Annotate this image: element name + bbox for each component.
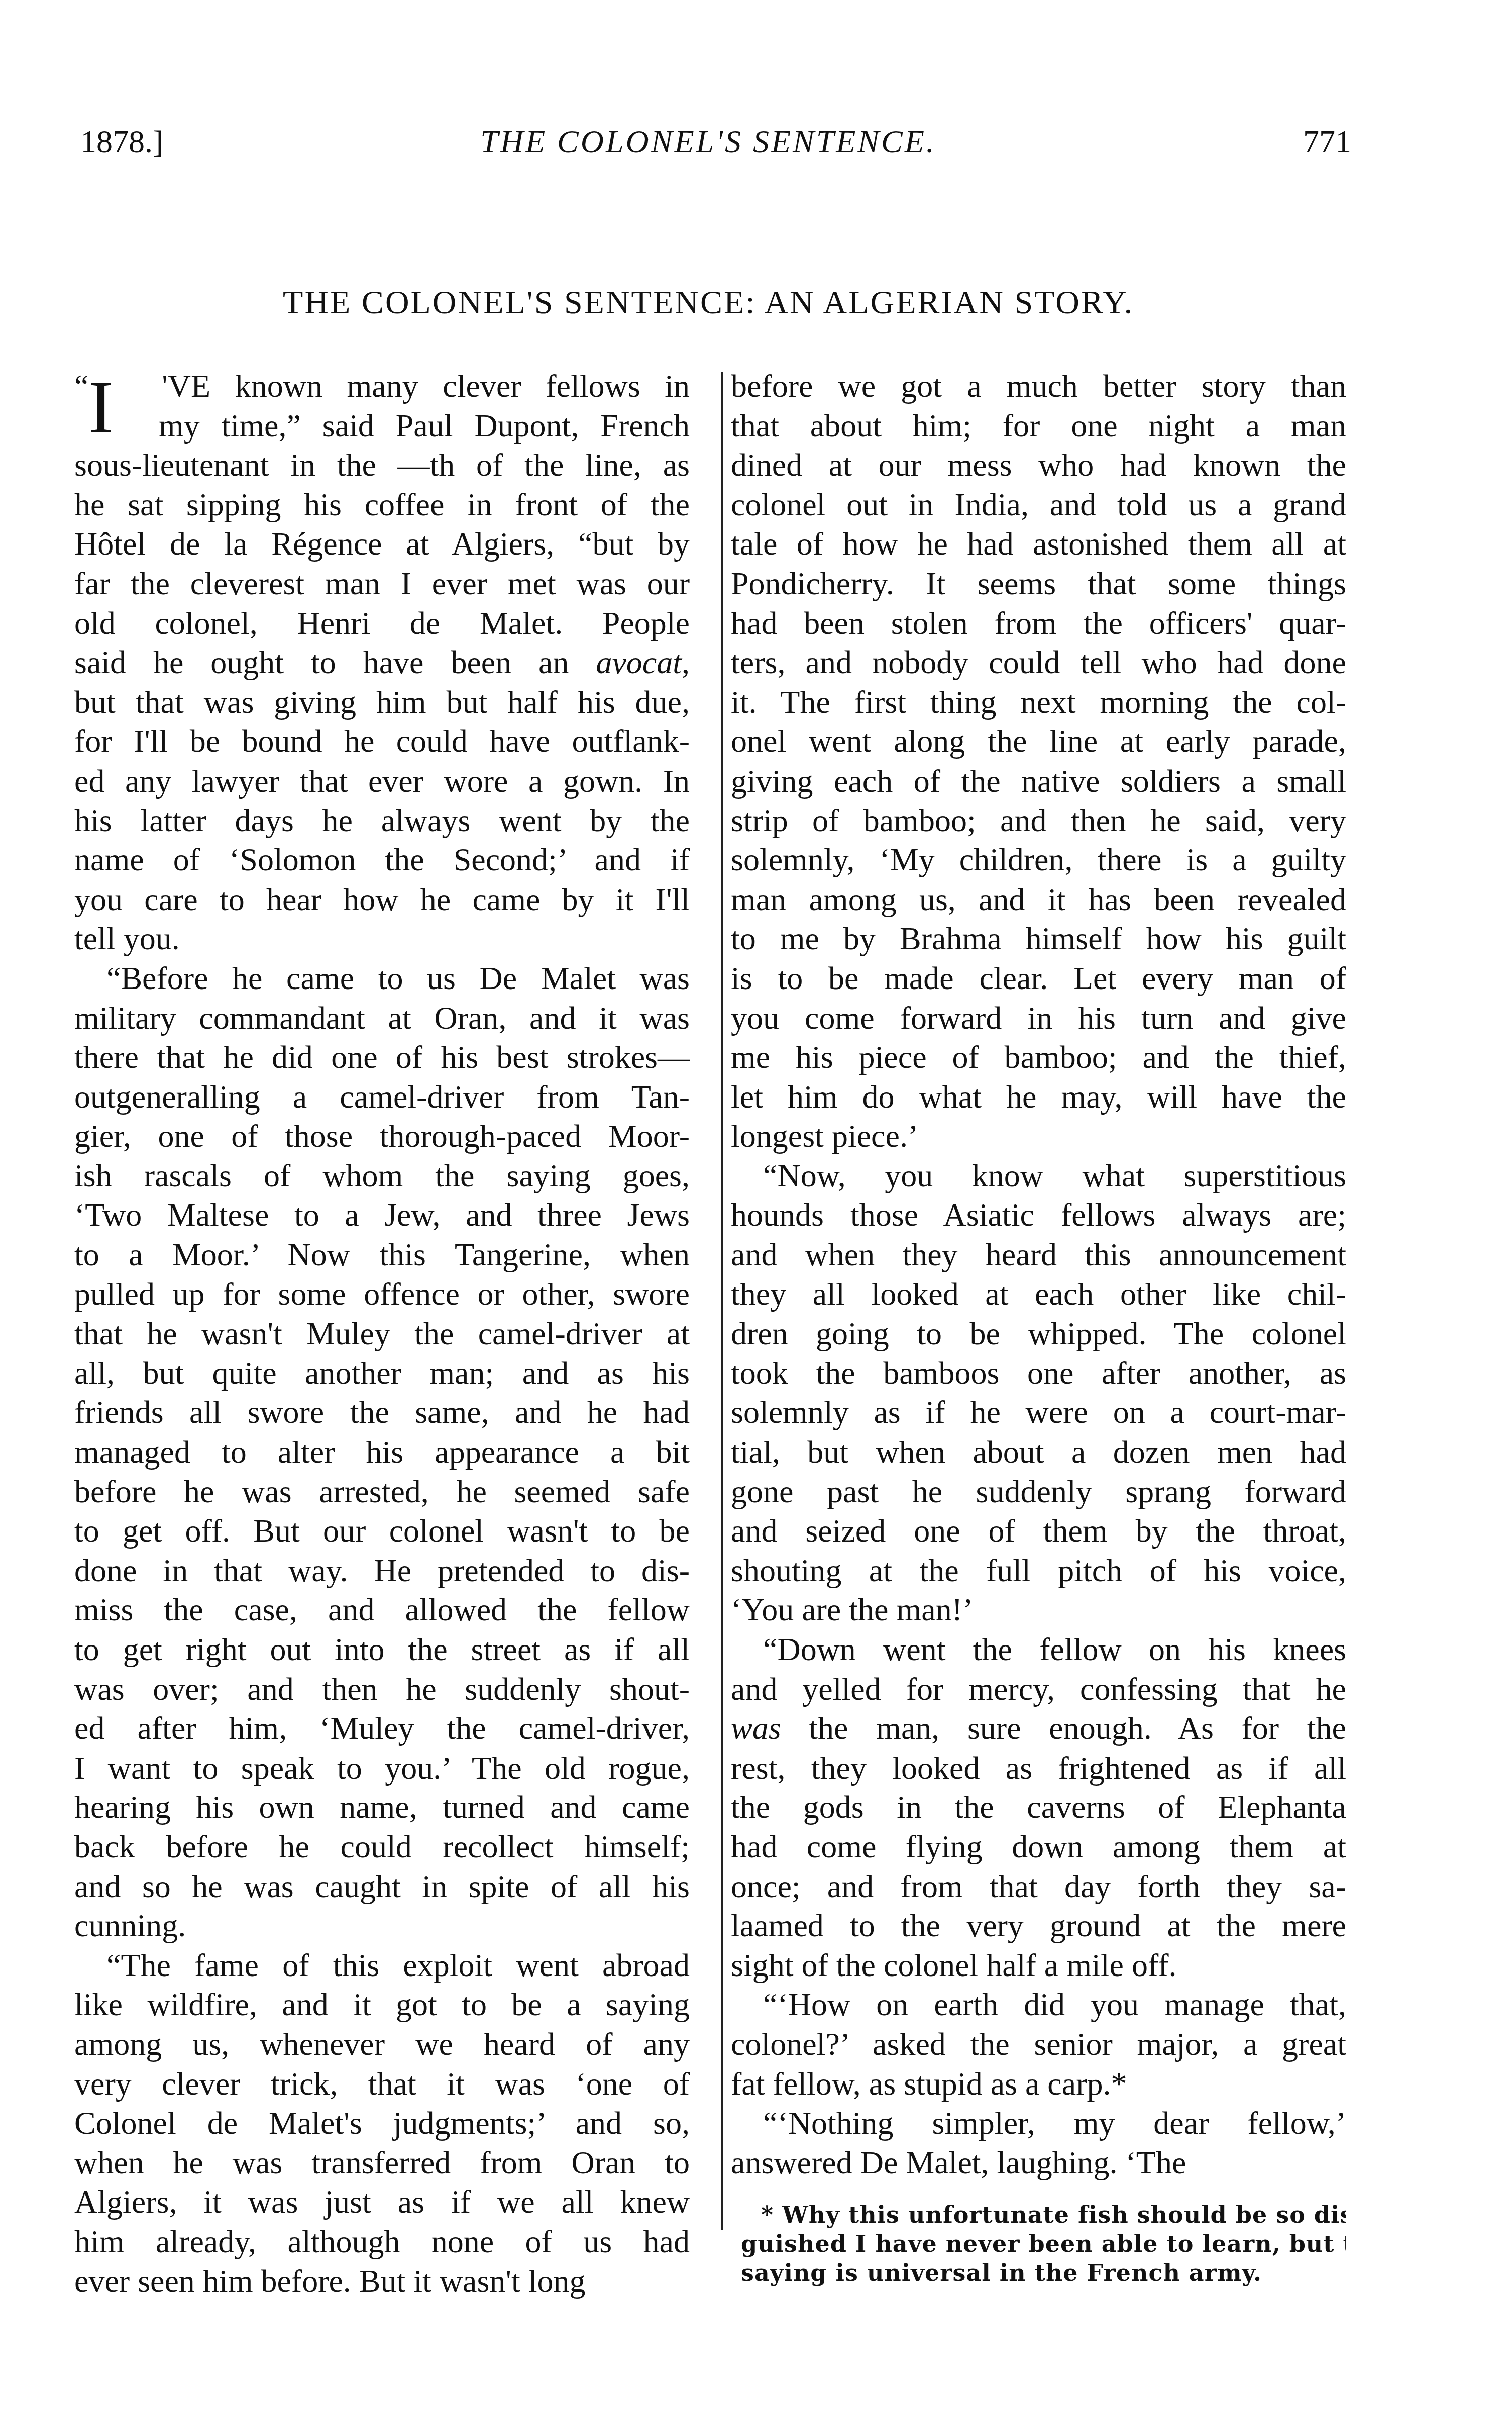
left-column-line: back before he could recollect himself; [74, 1827, 690, 1867]
right-column-line: tale of how he had astonished them all a… [731, 524, 1346, 564]
right-column-line: me his piece of bamboo; and the thief, [731, 1038, 1346, 1077]
column-divider [721, 372, 723, 2230]
left-column-line: all, but quite another man; and as his [74, 1354, 690, 1393]
left-column: I “ 'VE known many clever fellows inmy t… [74, 367, 690, 2301]
right-column-line: had been stolen from the officers' quar- [731, 604, 1346, 643]
left-column-line: Algiers, it was just as if we all knew [74, 2182, 690, 2222]
left-column-line: like wildfire, and it got to be a saying [74, 1985, 690, 2025]
left-column-line: to a Moor.’ Now this Tangerine, when [74, 1235, 690, 1275]
right-column-line: and yelled for mercy, confessing that he [731, 1670, 1346, 1709]
left-column-line: done in that way. He pretended to dis- [74, 1551, 690, 1591]
left-column-line: his latter days he always went by the [74, 801, 690, 841]
right-column-line: had come flying down among them at [731, 1827, 1346, 1867]
right-column-line: was the man, sure enough. As for the [731, 1709, 1346, 1748]
left-column-line: tell you. [74, 919, 690, 959]
right-column-line: shouting at the full pitch of his voice, [731, 1551, 1346, 1591]
right-column-line: before we got a much better story than [731, 367, 1346, 406]
right-column-line: the gods in the caverns of Elephanta [731, 1788, 1346, 1827]
drop-cap: I [88, 370, 114, 445]
left-column-line: miss the case, and allowed the fellow [74, 1590, 690, 1630]
left-column-line: “ 'VE known many clever fellows in [74, 367, 690, 406]
left-column-line: ish rascals of whom the saying goes, [74, 1156, 690, 1196]
left-column-line: I want to speak to you.’ The old rogue, [74, 1748, 690, 1788]
footnote-line: * Why this unfortunate fish should be so… [741, 2200, 1346, 2229]
right-column-line: they all looked at each other like chil- [731, 1275, 1346, 1314]
right-column-line: hounds those Asiatic fellows always are; [731, 1195, 1346, 1235]
left-column-line: that he wasn't Muley the camel-driver at [74, 1314, 690, 1354]
left-column-line: he sat sipping his coffee in front of th… [74, 485, 690, 525]
footnote: * Why this unfortunate fish should be so… [741, 2200, 1346, 2287]
right-column-line: “‘Nothing simpler, my dear fellow,’ [731, 2104, 1346, 2143]
left-column-line: Hôtel de la Régence at Algiers, “but by [74, 524, 690, 564]
right-column-line: it. The first thing next morning the col… [731, 683, 1346, 722]
right-column-line: fat fellow, as stupid as a carp.* [731, 2064, 1346, 2104]
footnote-line: guished I have never been able to learn,… [741, 2229, 1346, 2258]
left-column-line: was over; and then he suddenly shout- [74, 1670, 690, 1709]
left-column-line: him already, although none of us had [74, 2222, 690, 2262]
left-column-line: old colonel, Henri de Malet. People [74, 604, 690, 643]
left-column-line: hearing his own name, turned and came [74, 1788, 690, 1827]
right-column-line: you come forward in his turn and give [731, 999, 1346, 1038]
left-column-line: gier, one of those thorough-paced Moor- [74, 1117, 690, 1156]
left-column-line: friends all swore the same, and he had [74, 1393, 690, 1433]
right-column-line: man among us, and it has been revealed [731, 880, 1346, 920]
right-column-line: longest piece.’ [731, 1117, 1346, 1156]
left-column-line: there that he did one of his best stroke… [74, 1038, 690, 1077]
right-column-line: solemnly as if he were on a court-mar- [731, 1393, 1346, 1433]
italic-text: avocat [596, 644, 682, 680]
left-column-line: but that was giving him but half his due… [74, 683, 690, 722]
right-column-line: “Down went the fellow on his knees [731, 1630, 1346, 1670]
right-column-line: let him do what he may, will have the [731, 1077, 1346, 1117]
left-column-line: before he was arrested, he seemed safe [74, 1472, 690, 1512]
right-column-line: sight of the colonel half a mile off. [731, 1946, 1346, 1986]
right-column-line: colonel out in India, and told us a gran… [731, 485, 1346, 525]
right-column-line: ters, and nobody could tell who had done [731, 643, 1346, 683]
left-column-line: for I'll be bound he could have outflank… [74, 722, 690, 761]
right-column-line: once; and from that day forth they sa- [731, 1867, 1346, 1907]
right-column-line: is to be made clear. Let every man of [731, 959, 1346, 999]
left-column-line: ed after him, ‘Muley the camel-driver, [74, 1709, 690, 1748]
left-column-line: to get off. But our colonel wasn't to be [74, 1511, 690, 1551]
italic-text: was [731, 1710, 781, 1746]
left-column-line: “Before he came to us De Malet was [74, 959, 690, 999]
right-column-line: onel went along the line at early parade… [731, 722, 1346, 761]
right-column-line: and seized one of them by the throat, [731, 1511, 1346, 1551]
left-column-line: outgeneralling a camel-driver from Tan- [74, 1077, 690, 1117]
right-column-line: ‘You are the man!’ [731, 1590, 1346, 1630]
right-column-line: “Now, you know what superstitious [731, 1156, 1346, 1196]
right-column-line: answered De Malet, laughing. ‘The [731, 2143, 1346, 2183]
left-column-line: ‘Two Maltese to a Jew, and three Jews [74, 1195, 690, 1235]
right-column: before we got a much better story thanth… [731, 367, 1346, 2182]
right-column-line: “‘How on earth did you manage that, [731, 1985, 1346, 2025]
right-column-line: dren going to be whipped. The colonel [731, 1314, 1346, 1354]
right-column-line: colonel?’ asked the senior major, a grea… [731, 2025, 1346, 2064]
left-column-line: when he was transferred from Oran to [74, 2143, 690, 2183]
left-column-line: managed to alter his appearance a bit [74, 1433, 690, 1472]
left-column-line: you care to hear how he came by it I'll [74, 880, 690, 920]
left-column-line: cunning. [74, 1906, 690, 1946]
left-column-line: ever seen him before. But it wasn't long [74, 2262, 690, 2301]
left-column-line: “The fame of this exploit went abroad [74, 1946, 690, 1986]
right-column-line: took the bamboos one after another, as [731, 1354, 1346, 1393]
left-column-line: very clever trick, that it was ‘one of [74, 2064, 690, 2104]
left-column-line: said he ought to have been an avocat, [74, 643, 690, 683]
right-column-line: gone past he suddenly sprang forward [731, 1472, 1346, 1512]
right-column-line: that about him; for one night a man [731, 406, 1346, 446]
right-column-line: laamed to the very ground at the mere [731, 1906, 1346, 1946]
left-column-line: military commandant at Oran, and it was [74, 999, 690, 1038]
left-column-line: pulled up for some offence or other, swo… [74, 1275, 690, 1314]
left-column-line: name of ‘Solomon the Second;’ and if [74, 840, 690, 880]
right-column-line: giving each of the native soldiers a sma… [731, 761, 1346, 801]
article-title: THE COLONEL'S SENTENCE: AN ALGERIAN STOR… [65, 284, 1351, 322]
right-column-line: rest, they looked as frightened as if al… [731, 1748, 1346, 1788]
right-column-line: solemnly, ‘My children, there is a guilt… [731, 840, 1346, 880]
left-column-line: ed any lawyer that ever wore a gown. In [74, 761, 690, 801]
right-column-line: to me by Brahma himself how his guilt [731, 919, 1346, 959]
running-head-title: THE COLONEL'S SENTENCE. [65, 123, 1351, 160]
left-column-line: to get right out into the street as if a… [74, 1630, 690, 1670]
page-number: 771 [1303, 123, 1351, 160]
left-column-line: and so he was caught in spite of all his [74, 1867, 690, 1907]
right-column-line: Pondicherry. It seems that some things [731, 564, 1346, 604]
left-column-line: my time,” said Paul Dupont, French [74, 406, 690, 446]
left-column-line: far the cleverest man I ever met was our [74, 564, 690, 604]
right-column-line: and when they heard this announcement [731, 1235, 1346, 1275]
right-column-line: tial, but when about a dozen men had [731, 1433, 1346, 1472]
right-column-line: dined at our mess who had known the [731, 446, 1346, 485]
left-column-line: Colonel de Malet's judgments;’ and so, [74, 2104, 690, 2143]
right-column-line: strip of bamboo; and then he said, very [731, 801, 1346, 841]
running-head: 1878.] THE COLONEL'S SENTENCE. 771 [65, 123, 1351, 173]
left-column-line: among us, whenever we heard of any [74, 2025, 690, 2064]
left-column-line: sous-lieutenant in the —th of the line, … [74, 446, 690, 485]
footnote-line: saying is universal in the French army. [741, 2258, 1346, 2287]
